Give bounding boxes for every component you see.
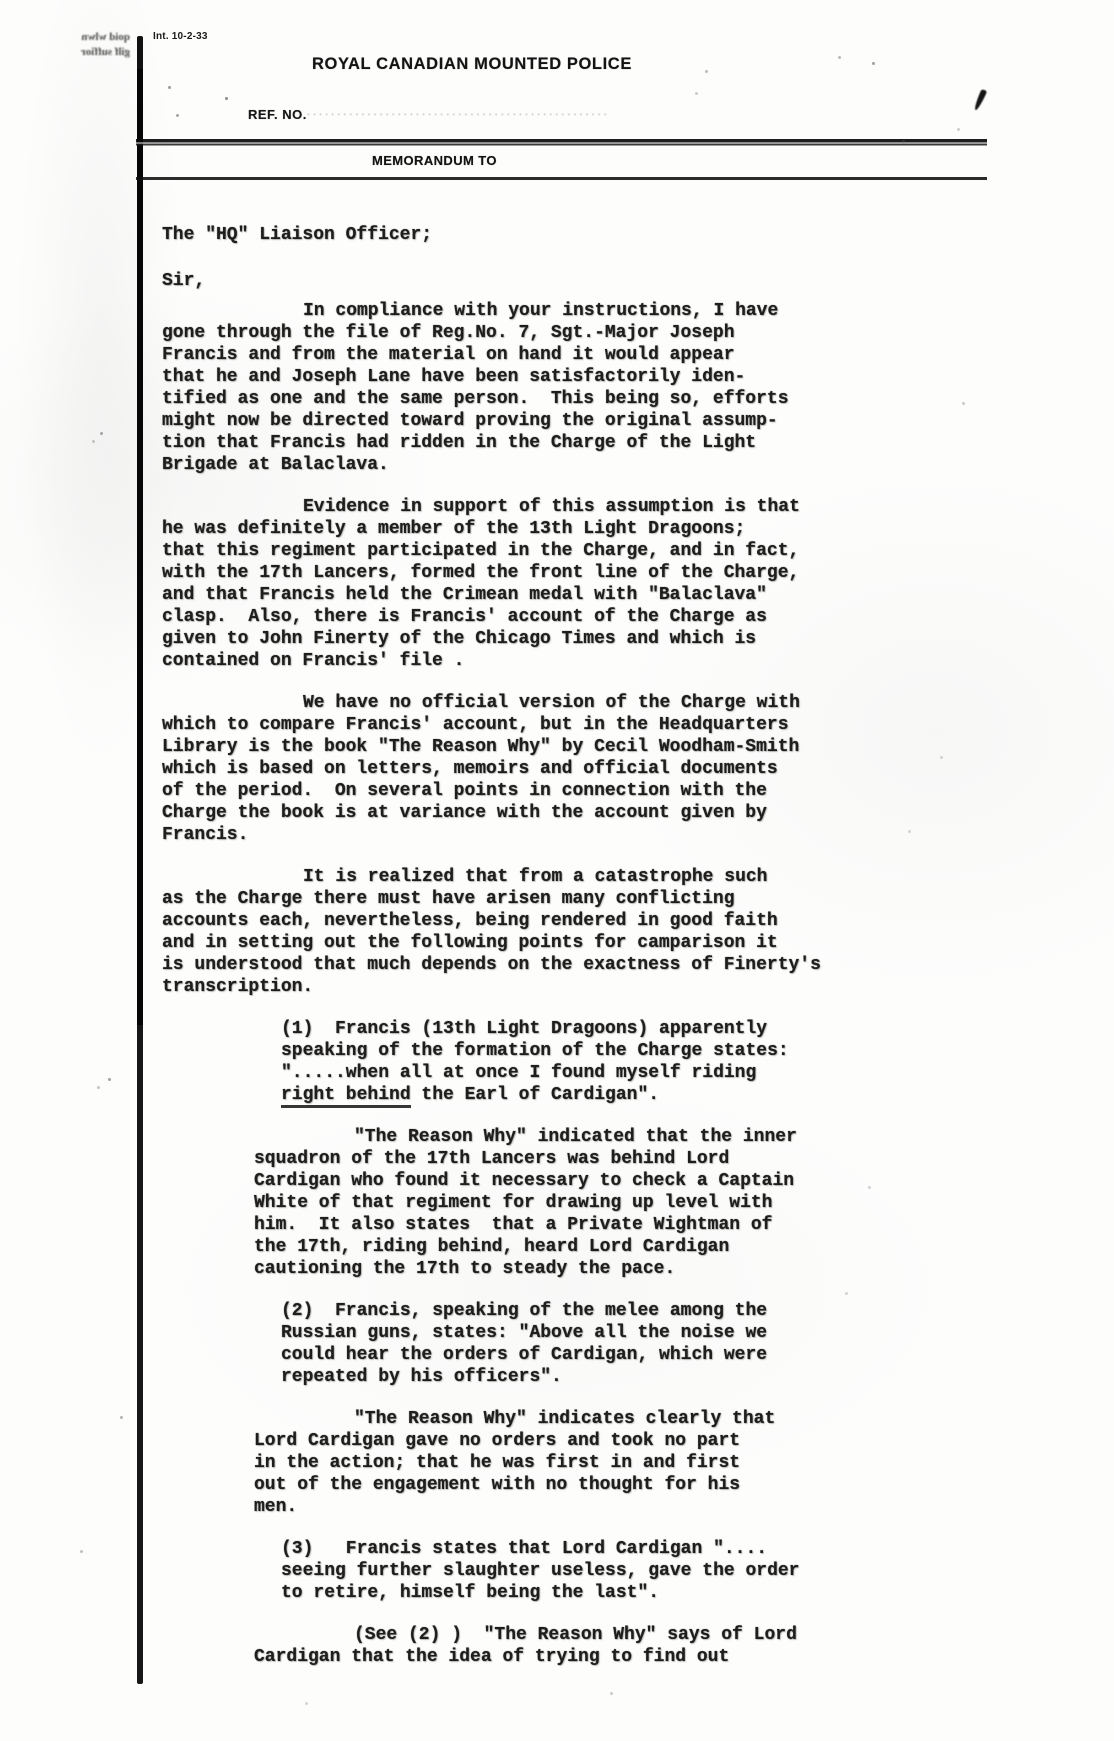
bleed-through-line: gilf suffior (56, 45, 130, 60)
underlined-phrase: right behind (281, 1085, 411, 1108)
scan-noise (0, 0, 3, 3)
form-number: Int. 10-2-33 (153, 31, 208, 42)
memo-paragraph: "The Reason Why" indicates clearly that … (254, 1408, 882, 1518)
memo-salutation: Sir, (162, 270, 882, 292)
memo-paragraph: We have no official version of the Charg… (162, 692, 882, 846)
ref-no-leader: ........................................… (307, 106, 607, 118)
ref-no-label: REF. NO. (248, 107, 307, 122)
bleed-through-text: qoid wlwn gilf suffior (56, 30, 130, 60)
memo-paragraph: In compliance with your instructions, I … (162, 300, 882, 476)
margin-rule (137, 36, 143, 1684)
ref-no-row: REF. NO.................................… (248, 106, 607, 124)
divider-rule (136, 177, 987, 180)
pen-mark (973, 89, 987, 112)
memo-paragraph: (2) Francis, speaking of the melee among… (281, 1300, 882, 1388)
memo-paragraph: (1) Francis (13th Light Dragoons) appare… (281, 1018, 882, 1106)
memo-paragraphs: In compliance with your instructions, I … (162, 300, 882, 1668)
memo-paragraph: (3) Francis states that Lord Cardigan ".… (281, 1538, 882, 1604)
page-title: ROYAL CANADIAN MOUNTED POLICE (312, 55, 632, 74)
divider-double-rule (136, 139, 987, 148)
memo-paragraph: Evidence in support of this assumption i… (162, 496, 882, 672)
memo-paragraph: It is realized that from a catastrophe s… (162, 866, 882, 998)
memorandum-banner: MEMORANDUM TO (372, 153, 497, 168)
scanned-memo-page: qoid wlwn gilf suffior Int. 10-2-33 ROYA… (0, 0, 1114, 1741)
memo-paragraph: "The Reason Why" indicated that the inne… (254, 1126, 882, 1280)
bleed-through-line: qoid wlwn (56, 30, 130, 45)
memo-paragraph: (See (2) ) "The Reason Why" says of Lord… (254, 1624, 882, 1668)
memo-addressee: The "HQ" Liaison Officer; (162, 224, 882, 246)
memo-body: The "HQ" Liaison Officer; Sir, In compli… (162, 224, 882, 1688)
